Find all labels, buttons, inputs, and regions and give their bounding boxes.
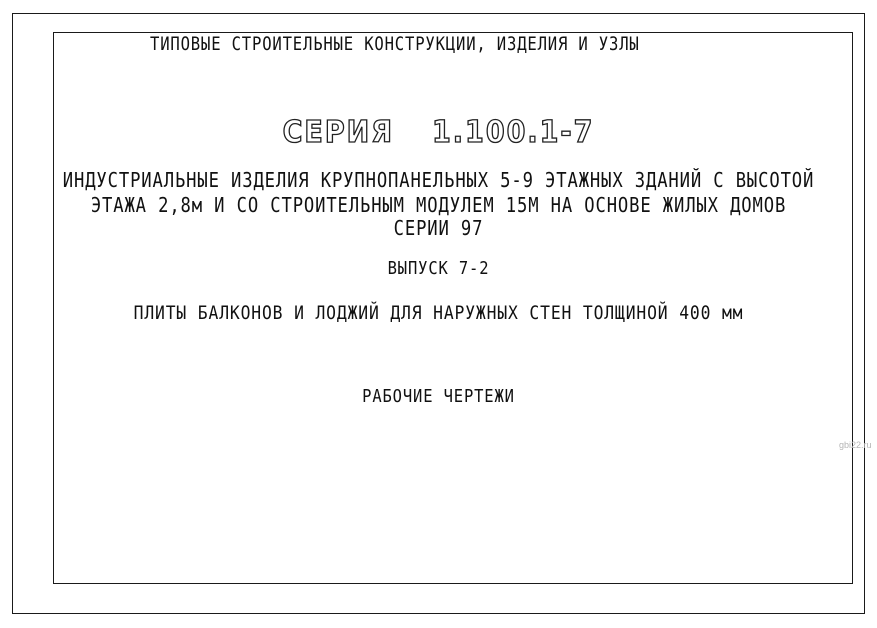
series-heading: СЕРИЯ1.100.1-7 xyxy=(0,115,877,150)
issue-number: ВЫПУСК 7-2 xyxy=(61,258,815,279)
series-label: СЕРИЯ xyxy=(283,115,394,150)
subtitle: ПЛИТЫ БАЛКОНОВ И ЛОДЖИЙ ДЛЯ НАРУЖНЫХ СТЕ… xyxy=(61,302,815,324)
organization-header: ТИПОВЫЕ СТРОИТЕЛЬНЫЕ КОНСТРУКЦИИ, ИЗДЕЛИ… xyxy=(150,33,640,55)
title-line-1: ИНДУСТРИАЛЬНЫЕ ИЗДЕЛИЯ КРУПНОПАНЕЛЬНЫХ 5… xyxy=(61,168,815,192)
watermark: gbi22.ru xyxy=(839,440,872,450)
title-line-2: ЭТАЖА 2,8м И СО СТРОИТЕЛЬНЫМ МОДУЛЕМ 15М… xyxy=(61,193,815,217)
document-type: РАБОЧИЕ ЧЕРТЕЖИ xyxy=(61,386,815,407)
title-line-3: СЕРИИ 97 xyxy=(61,216,815,240)
series-number: 1.100.1-7 xyxy=(432,115,594,150)
